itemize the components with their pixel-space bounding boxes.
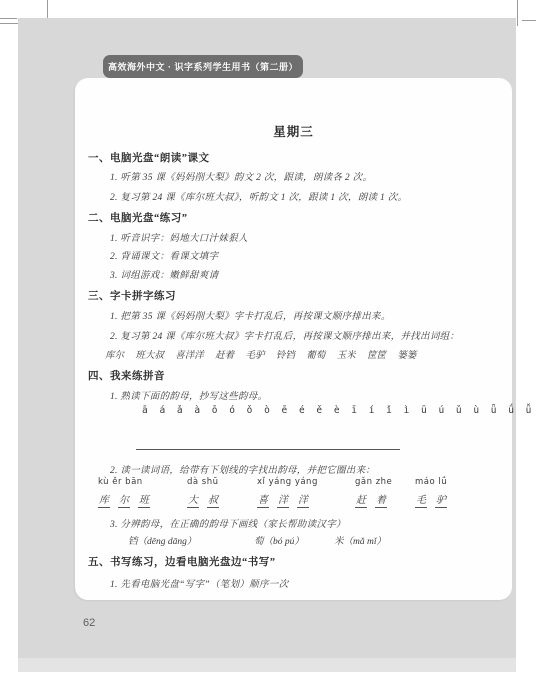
crop-mark-top-right-horizontal: [522, 20, 536, 21]
final-choice-tao: 萄（bó pú）: [254, 533, 304, 547]
section-2-item-2: 2. 背诵课文：看课文填字: [110, 248, 218, 262]
section-2-heading: 二、电脑光盘“练习”: [88, 210, 188, 225]
scanned-page-canvas: 高效海外中文 · 识字系列学生用书（第二册） 星期三 一、电脑光盘“朗读”课文 …: [0, 0, 536, 681]
section-5-item-1: 1. 先看电脑光盘“写字”（笔划）顺序一次: [110, 576, 288, 590]
section-4-item-1: 1. 熟读下面的韵母，抄写这些韵母。: [110, 388, 267, 402]
word-pair-kuerban: kù ěr bān 库 尔 班: [98, 477, 156, 506]
final-choice-dang: 铛（dēng dāng）: [128, 533, 196, 547]
section-1-heading: 一、电脑光盘“朗读”课文: [88, 150, 210, 165]
pinyin-finals-row: ā á ǎ à ō ó ǒ ò ē é ě è ī í ǐ ì ū ú ǔ ù …: [142, 405, 536, 416]
crop-mark-top-right-vertical: [517, 0, 518, 26]
section-3-item-1: 1. 把第 35 课《妈妈削大梨》字卡打乱后，再按课文顺序排出来。: [110, 308, 391, 322]
book-series-title: 高效海外中文 · 识字系列学生用书（第二册）: [108, 60, 298, 73]
word-pair-maolv: máo lǘ 毛 驴: [415, 477, 453, 506]
section-3-word-list: 库尔 班大叔 喜洋洋 赶着 毛驴 铃铛 葡萄 玉米 筐筐 篓篓: [105, 347, 416, 361]
section-3-heading: 三、字卡拼字练习: [88, 288, 176, 303]
word-pair-xiyangyang: xǐ yáng yáng 喜 洋 洋: [257, 477, 318, 506]
pair-pinyin: xǐ yáng yáng: [257, 477, 318, 487]
section-1-item-2: 2. 复习第 24 课《库尔班大叔》，听韵文 1 次，跟读 1 次，朗读 1 次…: [110, 189, 407, 203]
pair-hanzi-underlined: 赶 着: [355, 491, 393, 506]
word-pair-dashu: dà shū 大 叔: [187, 477, 225, 506]
pair-pinyin: máo lǘ: [415, 477, 453, 487]
page-bottom-edge: [18, 658, 516, 672]
pair-hanzi-underlined: 库 尔 班: [98, 491, 156, 506]
book-page: 高效海外中文 · 识字系列学生用书（第二册） 星期三 一、电脑光盘“朗读”课文 …: [18, 18, 516, 672]
pair-pinyin: dà shū: [187, 477, 225, 487]
pair-hanzi-underlined: 大 叔: [187, 491, 225, 506]
word-pair-ganzhe: gǎn zhe 赶 着: [355, 477, 393, 506]
pair-pinyin: kù ěr bān: [98, 477, 156, 487]
page-title: 星期三: [75, 122, 512, 140]
pair-hanzi-underlined: 毛 驴: [415, 491, 453, 506]
section-4-heading: 四、我来练拼音: [88, 368, 165, 383]
section-2-item-1: 1. 听音识字：妈地大口汁妹狠人: [110, 230, 248, 244]
pair-hanzi-underlined: 喜 洋 洋: [257, 491, 318, 506]
section-2-item-3: 3. 词组游戏：嫩鲜甜爽请: [110, 267, 218, 281]
content-card: 星期三 一、电脑光盘“朗读”课文 1. 听第 35 课《妈妈削大梨》韵文 2 次…: [75, 78, 512, 600]
crop-mark-top-left-horizontal: [0, 18, 17, 19]
section-4-item-2: 2. 读一读词语，给带有下划线的字找出韵母，并把它圈出来：: [110, 462, 375, 476]
final-choice-mi: 米（mǎ mǐ）: [334, 533, 386, 547]
section-3-item-2: 2. 复习第 24 课《库尔班大叔》字卡打乱后，再按课文顺序排出来，并找出词组：: [110, 328, 459, 342]
section-4-item-3: 3. 分辨韵母，在正确的韵母下画线（家长帮助读汉字）: [110, 516, 346, 530]
pair-pinyin: gǎn zhe: [355, 477, 393, 487]
page-number: 62: [83, 617, 95, 629]
copy-answer-line: [136, 449, 400, 450]
book-series-header-tab: 高效海外中文 · 识字系列学生用书（第二册）: [103, 55, 303, 78]
section-1-item-1: 1. 听第 35 课《妈妈削大梨》韵文 2 次，跟读，朗读各 2 次。: [110, 169, 372, 183]
section-5-heading: 五、书写练习，边看电脑光盘边“书写”: [88, 554, 276, 569]
